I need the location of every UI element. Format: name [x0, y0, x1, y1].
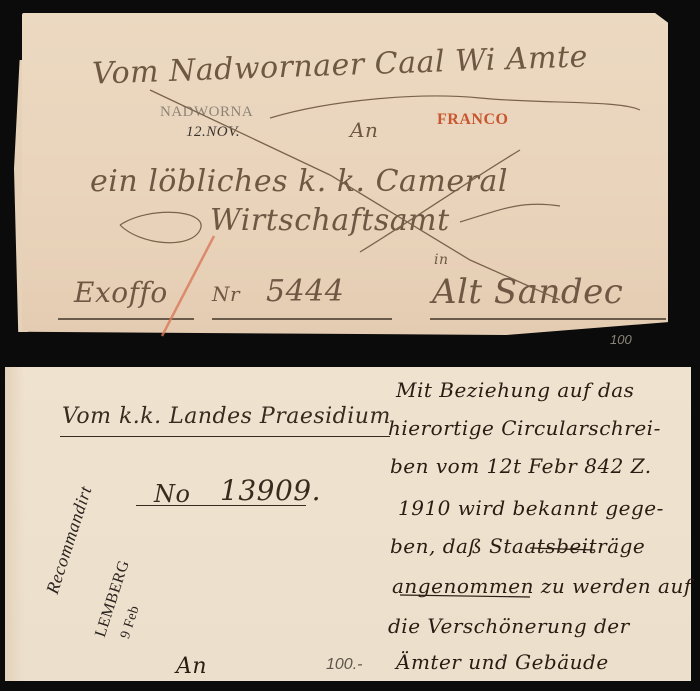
cancellation-cross	[150, 90, 560, 300]
ink-strokes-overlay	[0, 0, 700, 691]
address-flourishes	[120, 96, 640, 243]
bottom-letter-underlines	[400, 548, 595, 597]
red-crayon-mark	[162, 236, 214, 336]
